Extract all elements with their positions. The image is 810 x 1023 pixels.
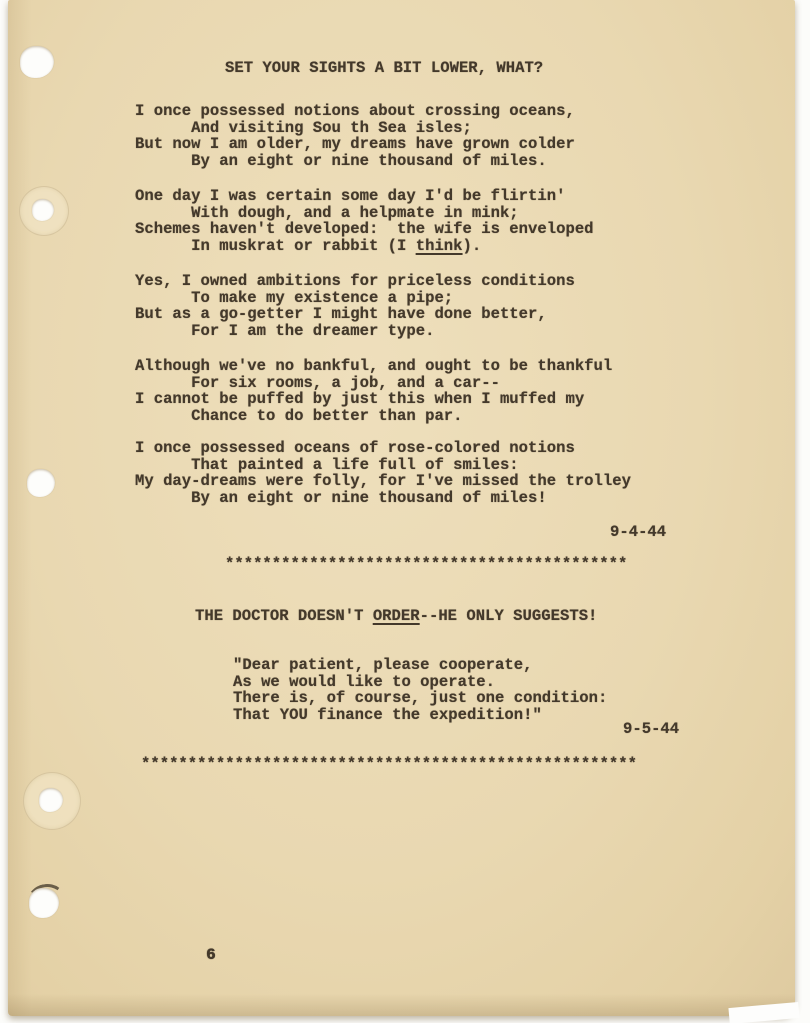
poem-line: As we would like to operate. — [233, 674, 607, 691]
poem-1-title: SET YOUR SIGHTS A BIT LOWER, WHAT? — [225, 60, 543, 77]
punch-hole-3 — [27, 469, 55, 497]
poem-1-date: 9-4-44 — [610, 524, 666, 541]
poem-stanza: One day I was certain some day I'd be fl… — [135, 188, 631, 254]
poem-stanza: Although we've no bankful, and ought to … — [135, 358, 631, 424]
poem-line: That painted a life full of smiles: — [135, 457, 631, 474]
underlined-word: think — [416, 237, 463, 255]
poem-line: I cannot be puffed by just this when I m… — [135, 391, 631, 408]
poem-line: And visiting Sou th Sea isles; — [135, 120, 631, 137]
poem-line: "Dear patient, please cooperate, — [233, 657, 607, 674]
asterisk-divider-1: ****************************************… — [225, 556, 627, 573]
poem-line: But now I am older, my dreams have grown… — [135, 136, 631, 153]
poem-line: One day I was certain some day I'd be fl… — [135, 188, 631, 205]
poem-line: Although we've no bankful, and ought to … — [135, 358, 631, 375]
poem-stanza: Yes, I owned ambitions for priceless con… — [135, 273, 631, 339]
poem-line: That YOU finance the expedition!" — [233, 707, 607, 724]
poem-line: But as a go-getter I might have done bet… — [135, 306, 631, 323]
poem-1-stanzas: I once possessed notions about crossing … — [135, 103, 631, 525]
poem-2-lines: "Dear patient, please cooperate,As we wo… — [233, 657, 607, 723]
poem-line: By an eight or nine thousand of miles! — [135, 490, 631, 507]
poem-line: Yes, I owned ambitions for priceless con… — [135, 273, 631, 290]
poem-line: In muskrat or rabbit (I think). — [135, 238, 631, 255]
punch-hole-2 — [32, 199, 54, 221]
poem-2-title: THE DOCTOR DOESN'T ORDER--HE ONLY SUGGES… — [195, 608, 597, 625]
poem-line: By an eight or nine thousand of miles. — [135, 153, 631, 170]
poem-2-date: 9-5-44 — [623, 721, 679, 738]
page-number: 6 — [206, 947, 215, 964]
poem-line: With dough, and a helpmate in mink; — [135, 205, 631, 222]
curled-corner — [728, 1002, 799, 1023]
underlined-word: ORDER — [373, 607, 420, 625]
poem-line: For six rooms, a job, and a car-- — [135, 375, 631, 392]
punch-hole-1 — [20, 46, 54, 78]
scan-background: SET YOUR SIGHTS A BIT LOWER, WHAT? I onc… — [0, 0, 810, 1023]
poem-line: My day-dreams were folly, for I've misse… — [135, 473, 631, 490]
poem-line: For I am the dreamer type. — [135, 323, 631, 340]
poem-line: I once possessed notions about crossing … — [135, 103, 631, 120]
poem-stanza: I once possessed oceans of rose-colored … — [135, 440, 631, 506]
poem-line: Schemes haven't developed: the wife is e… — [135, 221, 631, 238]
poem-line: To make my existence a pipe; — [135, 290, 631, 307]
poem-stanza: I once possessed notions about crossing … — [135, 103, 631, 169]
poem-line: Chance to do better than par. — [135, 408, 631, 425]
asterisk-divider-2: ****************************************… — [141, 756, 637, 773]
poem-line: There is, of course, just one condition: — [233, 690, 607, 707]
poem-line: I once possessed oceans of rose-colored … — [135, 440, 631, 457]
